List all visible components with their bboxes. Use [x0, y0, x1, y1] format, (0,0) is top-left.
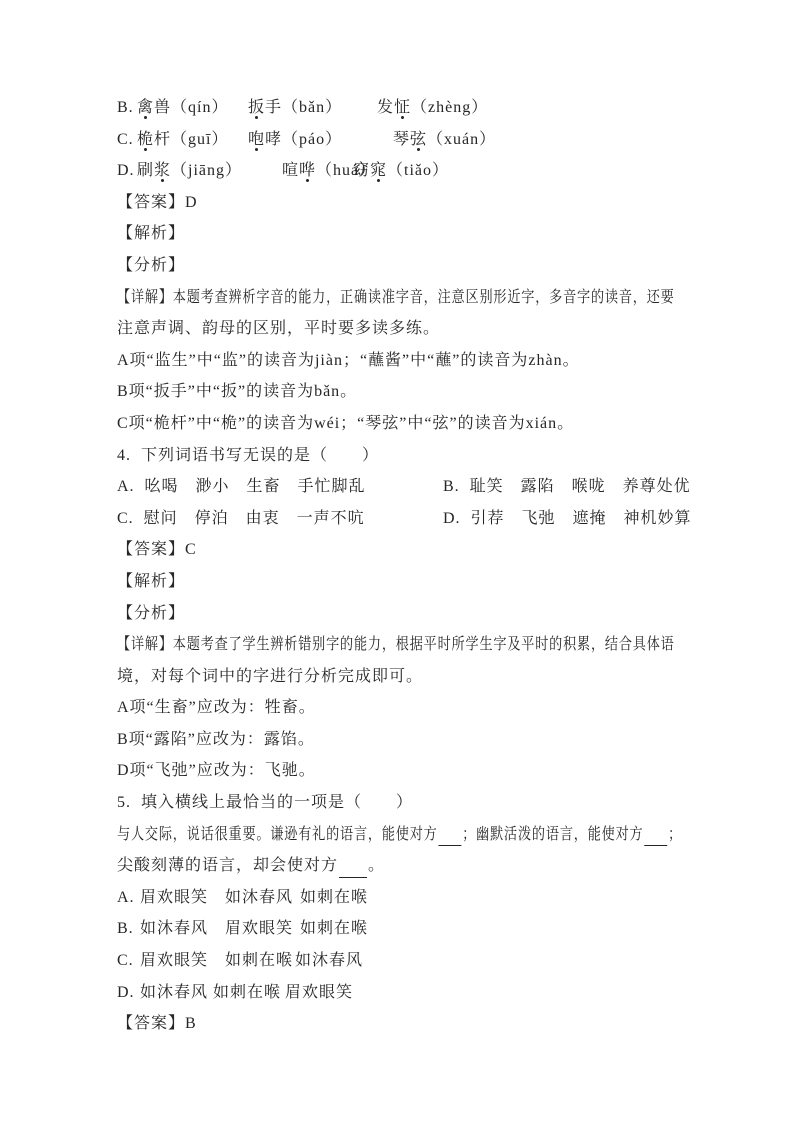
positioned-word: 如沐春风: [140, 977, 208, 1009]
positioned-word: 发怔（zhèng）: [377, 92, 488, 124]
positioned-word: 如沐春风: [140, 913, 208, 945]
answer-blank: [644, 831, 667, 846]
q5-answer-label: 【答案】B: [117, 1008, 677, 1040]
emphasized-character: 扳: [248, 99, 265, 116]
positioned-word: 窈窕（tiǎo）: [353, 155, 449, 187]
positioned-word: 如刺在喉: [213, 977, 281, 1009]
emphasized-character: 哗: [299, 162, 316, 179]
q4-stem: 4. 下列词语书写无误的是（ ）: [117, 440, 677, 472]
q3-answer-label: 【答案】D: [117, 187, 677, 219]
emphasized-character: 怔: [394, 99, 411, 116]
q4-jiexi-label: 【解析】: [117, 566, 677, 598]
q5-passage-line-2: 尖酸刻薄的语言，却会使对方。: [117, 850, 677, 882]
q4-option-b: B. 耻笑 露陷 喉咙 养尊处优: [443, 471, 691, 503]
document-body: B. 禽兽（qín）扳手（bǎn）发怔（zhèng）C. 桅杆（guī）咆哮（p…: [117, 92, 677, 1040]
q3-explain-a: A项“监生”中“监”的读音为jiàn；“蘸酱”中“蘸”的读音为zhàn。: [117, 345, 677, 377]
q3-explain-b: B项“扳手”中“扳”的读音为bǎn。: [117, 376, 677, 408]
positioned-word: 如沐春风: [225, 882, 293, 914]
q4-option-c: C. 慰问 停泊 由衷 一声不吭: [117, 503, 365, 535]
q3-option-b: B. 禽兽（qín）扳手（bǎn）发怔（zhèng）: [117, 92, 677, 124]
positioned-word: 如刺在喉: [300, 913, 368, 945]
q4-detail-line-2: 境，对每个词中的字进行分析完成即可。: [117, 661, 677, 693]
positioned-word: 眉欢眼笑: [140, 945, 208, 977]
q4-explain-a: A项“生畜”应改为：牲畜。: [117, 692, 677, 724]
q4-option-a: A. 吆喝 渺小 生畜 手忙脚乱: [117, 471, 366, 503]
q3-jiexi-label: 【解析】: [117, 218, 677, 250]
positioned-word: 如沐春风: [295, 945, 363, 977]
positioned-word: 刷浆（jiāng）: [137, 155, 242, 187]
q3-option-c: C. 桅杆（guī）咆哮（páo）琴弦（xuán）: [117, 124, 677, 156]
positioned-word: 桅杆（guī）: [137, 124, 228, 156]
q4-option-d: D. 引荐 飞弛 遮掩 神机妙算: [443, 503, 692, 535]
emphasized-character: 咆: [248, 131, 265, 148]
q4-explain-d: D项“飞弛”应改为：飞驰。: [117, 755, 677, 787]
q5-stem: 5. 填入横线上最恰当的一项是（ ）: [117, 787, 677, 819]
exam-answer-page: B. 禽兽（qín）扳手（bǎn）发怔（zhèng）C. 桅杆（guī）咆哮（p…: [0, 0, 793, 1122]
emphasized-character: 窕: [370, 162, 387, 179]
q5-option-b: B. 如沐春风眉欢眼笑如刺在喉: [117, 913, 677, 945]
positioned-word: 禽兽（qín）: [137, 92, 228, 124]
q4-answer-label: 【答案】C: [117, 534, 677, 566]
q4-options-row-1: A. 吆喝 渺小 生畜 手忙脚乱B. 耻笑 露陷 喉咙 养尊处优: [117, 471, 677, 503]
q3-explain-c: C项“桅杆”中“桅”的读音为wéi；“琴弦”中“弦”的读音为xián。: [117, 408, 677, 440]
q5-option-d: D. 如沐春风如刺在喉眉欢眼笑: [117, 977, 677, 1009]
q5-option-c: C. 眉欢眼笑如刺在喉如沐春风: [117, 945, 677, 977]
answer-blank: [438, 831, 461, 846]
q5-passage-line-1: 与人交际，说话很重要。谦逊有礼的语言，能使对方；幽默活泼的语言，能使对方；: [117, 819, 576, 851]
q4-detail-line-1: 【详解】本题考查了学生辨析错别字的能力，根据平时所学生字及平时的积累，结合具体语: [117, 629, 576, 661]
positioned-word: 咆哮（páo）: [248, 124, 342, 156]
positioned-word: 扳手（bǎn）: [248, 92, 342, 124]
q3-detail-line-1: 【详解】本题考查辨析字音的能力，正确读准字音，注意区别形近字，多音字的读音，还要: [117, 282, 576, 314]
emphasized-character: 浆: [154, 162, 171, 179]
positioned-word: 如刺在喉: [300, 882, 368, 914]
positioned-word: 如刺在喉: [225, 945, 293, 977]
q3-fenxi-label: 【分析】: [117, 250, 677, 282]
emphasized-character: 禽: [137, 99, 154, 116]
q4-fenxi-label: 【分析】: [117, 598, 677, 630]
emphasized-character: 桅: [137, 131, 154, 148]
q3-detail-line-2: 注意声调、韵母的区别，平时要多读多练。: [117, 313, 677, 345]
answer-blank: [339, 863, 367, 878]
q5-option-a: A. 眉欢眼笑如沐春风如刺在喉: [117, 882, 677, 914]
positioned-word: 琴弦（xuán）: [393, 124, 496, 156]
emphasized-character: 弦: [410, 131, 427, 148]
positioned-word: 眉欢眼笑: [140, 882, 208, 914]
q4-explain-b: B项“露陷”应改为：露馅。: [117, 724, 677, 756]
positioned-word: 眉欢眼笑: [225, 913, 293, 945]
q4-options-row-2: C. 慰问 停泊 由衷 一声不吭D. 引荐 飞弛 遮掩 神机妙算: [117, 503, 677, 535]
positioned-word: 眉欢眼笑: [285, 977, 353, 1009]
q3-option-d: D. 刷浆（jiāng）喧哗（huá）窈窕（tiǎo）: [117, 155, 677, 187]
